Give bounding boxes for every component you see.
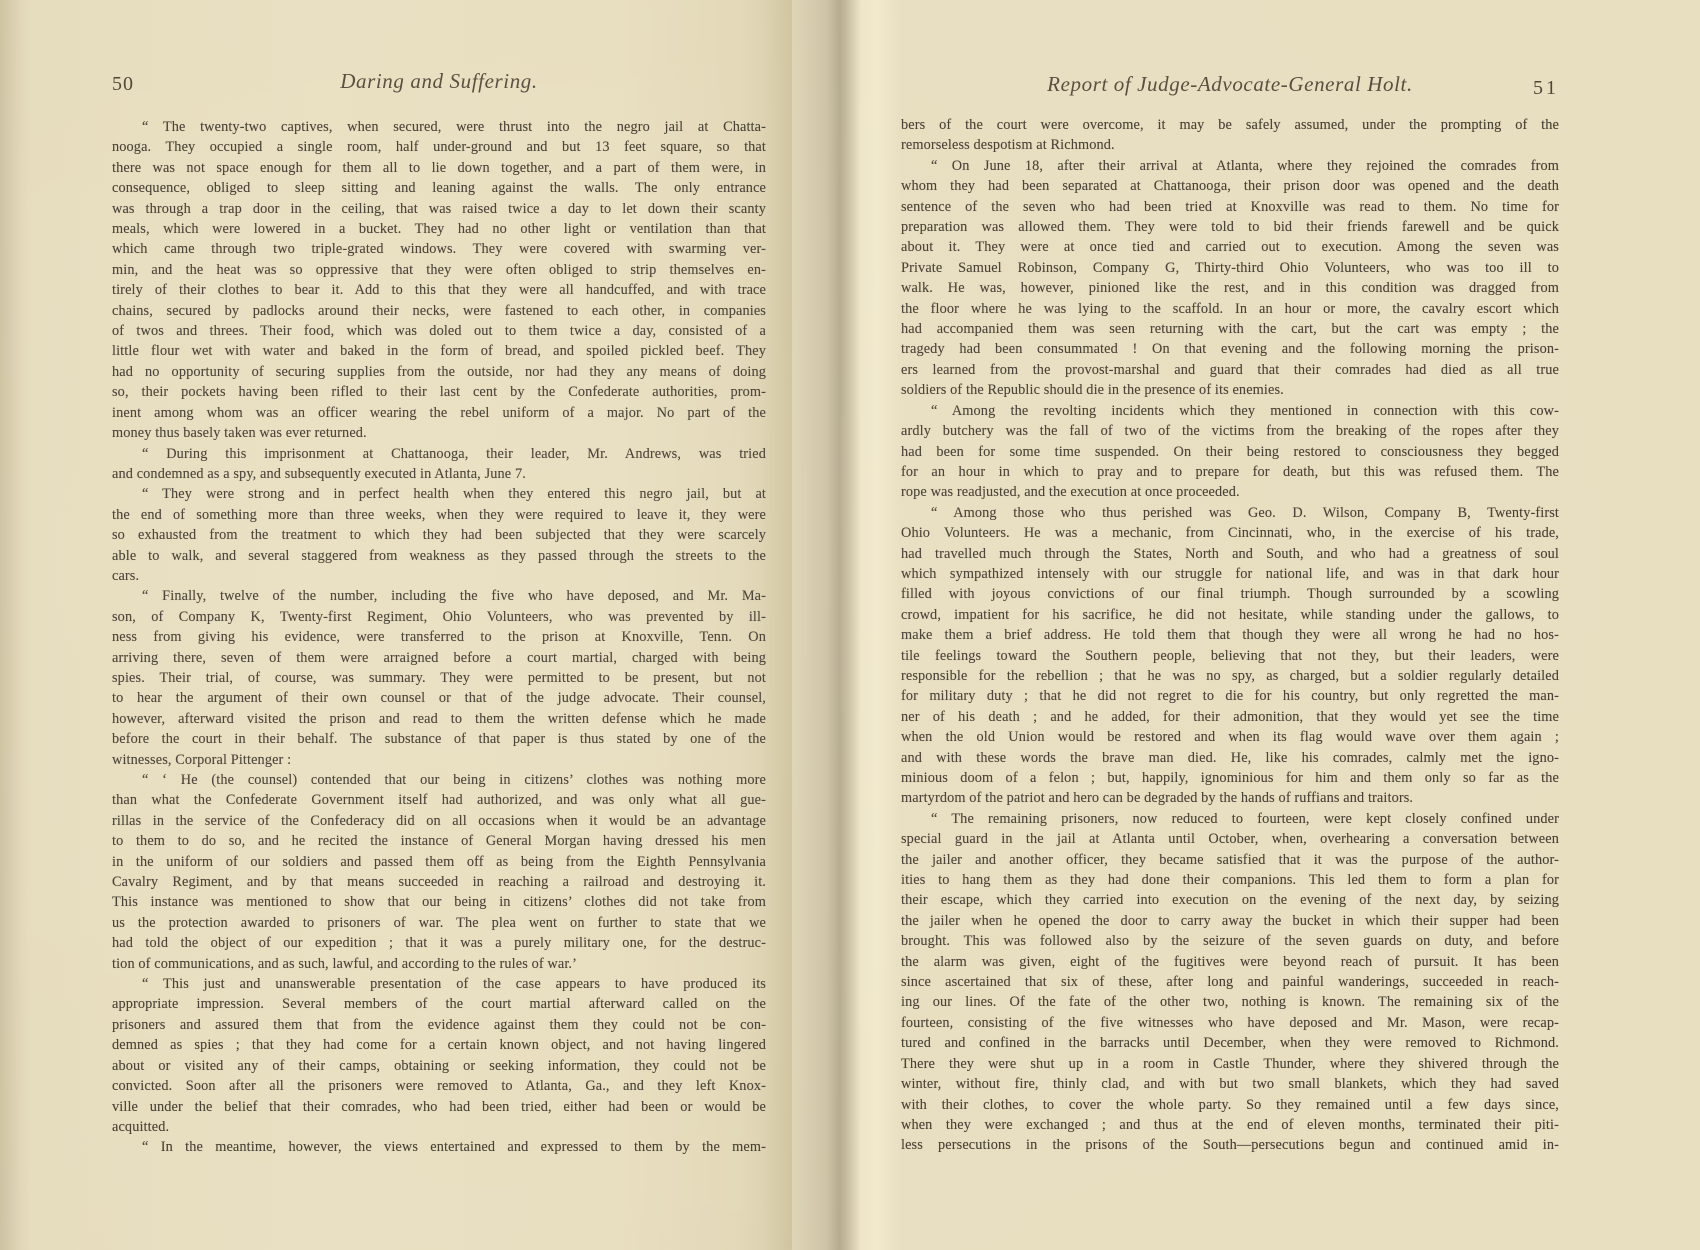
paragraph: “ Among those who thus perished was Geo.…: [901, 503, 1559, 809]
text-line: had travelled much through the States, N…: [901, 544, 1559, 564]
text-line: for military duty ; that he did not regr…: [901, 686, 1559, 706]
paragraph: “ The twenty-two captives, when secured,…: [112, 117, 766, 444]
text-line: when the old Union would be restored and…: [901, 727, 1559, 747]
text-line: for an hour in which to pray and to prep…: [901, 462, 1559, 482]
book-spread-scan: 50 Daring and Suffering. Report of Judge…: [0, 0, 1700, 1250]
text-line: was through a trap door in the ceiling, …: [112, 199, 766, 219]
text-line: “ The remaining prisoners, now reduced t…: [901, 809, 1559, 829]
text-line: witnesses, Corporal Pittenger :: [112, 750, 766, 770]
text-line: convicted. Soon after all the prisoners …: [112, 1076, 766, 1096]
text-line: “ In the meantime, however, the views en…: [112, 1137, 766, 1157]
text-line: “ This just and unanswerable presentatio…: [112, 974, 766, 994]
text-line: tragedy had been consummated ! On that e…: [901, 339, 1559, 359]
text-line: ness from giving his evidence, were tran…: [112, 627, 766, 647]
paragraph: “ On June 18, after their arrival at Atl…: [901, 156, 1559, 401]
text-line: less persecutions in the prisons of the …: [901, 1135, 1559, 1155]
text-line: able to walk, and several staggered from…: [112, 546, 766, 566]
text-line: walk. He was, however, pinioned like the…: [901, 278, 1559, 298]
text-line: the end of something more than three wee…: [112, 505, 766, 525]
text-line: soldiers of the Republic should die in t…: [901, 380, 1559, 400]
text-line: had accompanied them was seen returning …: [901, 319, 1559, 339]
text-line: ities to hang them as they had done thei…: [901, 870, 1559, 890]
text-line: and with these words the brave man died.…: [901, 748, 1559, 768]
text-line: ner of his death ; and he added, for the…: [901, 707, 1559, 727]
text-line: make them a brief address. He told them …: [901, 625, 1559, 645]
text-line: arriving there, seven of them were arrai…: [112, 648, 766, 668]
text-line: son, of Company K, Twenty-first Regiment…: [112, 607, 766, 627]
paragraph: “ The remaining prisoners, now reduced t…: [901, 809, 1559, 1156]
text-line: responsible for the rebellion ; that he …: [901, 666, 1559, 686]
text-line: This instance was mentioned to show that…: [112, 892, 766, 912]
text-line: to hear the argument of their own counse…: [112, 688, 766, 708]
text-line: “ They were strong and in perfect health…: [112, 484, 766, 504]
text-line: brought. This was followed also by the s…: [901, 931, 1559, 951]
text-line: and condemned as a spy, and subsequently…: [112, 464, 766, 484]
paragraph: “ Finally, twelve of the number, includi…: [112, 586, 766, 770]
text-line: min, and the heat was so oppressive that…: [112, 260, 766, 280]
text-line: cars.: [112, 566, 766, 586]
paragraph: “ During this imprisonment at Chattanoog…: [112, 444, 766, 485]
text-line: which sympathized intensely with our str…: [901, 564, 1559, 584]
paragraph: “ This just and unanswerable presentatio…: [112, 974, 766, 1137]
text-line: minious doom of a felon ; but, happily, …: [901, 768, 1559, 788]
text-line: little flour wet with water and baked in…: [112, 341, 766, 361]
text-line: us the protection awarded to prisoners o…: [112, 913, 766, 933]
text-line: winter, without fire, thinly clad, and w…: [901, 1074, 1559, 1094]
text-line: the jailer and another officer, they bec…: [901, 850, 1559, 870]
text-line: since ascertained that six of these, aft…: [901, 972, 1559, 992]
text-line: money thus basely taken was ever returne…: [112, 423, 766, 443]
text-line: appropriate impression. Several members …: [112, 994, 766, 1014]
paragraph: bers of the court were overcome, it may …: [901, 115, 1559, 156]
text-line: than what the Confederate Government its…: [112, 790, 766, 810]
text-line: so, their pockets having been rifled to …: [112, 382, 766, 402]
text-line: had been for some time suspended. On the…: [901, 442, 1559, 462]
text-line: fourteen, consisting of the five witness…: [901, 1013, 1559, 1033]
text-line: of twos and threes. Their food, which wa…: [112, 321, 766, 341]
text-line: “ Finally, twelve of the number, includi…: [112, 586, 766, 606]
text-line: ers learned from the provost-marshal and…: [901, 360, 1559, 380]
text-line: to them to do so, and he recited the ins…: [112, 831, 766, 851]
text-line: the jailer when he opened the door to ca…: [901, 911, 1559, 931]
text-line: however, afterward visited the prison an…: [112, 709, 766, 729]
text-line: about or visited any of their camps, obt…: [112, 1056, 766, 1076]
text-line: remorseless despotism at Richmond.: [901, 135, 1559, 155]
text-line: nooga. They occupied a single room, half…: [112, 137, 766, 157]
text-line: rillas in the service of the Confederacy…: [112, 811, 766, 831]
text-line: about it. They were at once tied and car…: [901, 237, 1559, 257]
text-line: inent among whom was an officer wearing …: [112, 403, 766, 423]
text-line: filled with joyous convictions of our fi…: [901, 584, 1559, 604]
text-line: Cavalry Regiment, and by that means succ…: [112, 872, 766, 892]
text-line: tile feelings toward the Southern people…: [901, 646, 1559, 666]
text-line: ardly butchery was the fall of two of th…: [901, 421, 1559, 441]
text-line: tured and confined in the barracks until…: [901, 1033, 1559, 1053]
text-line: tirely of their clothes to bear it. Add …: [112, 280, 766, 300]
text-line: “ ‘ He (the counsel) contended that our …: [112, 770, 766, 790]
text-line: Private Samuel Robinson, Company G, Thir…: [901, 258, 1559, 278]
text-line: had told the object of our expedition ; …: [112, 933, 766, 953]
text-line: prisoners and assured them that from the…: [112, 1015, 766, 1035]
paragraph: “ In the meantime, however, the views en…: [112, 1137, 766, 1157]
paragraph: “ They were strong and in perfect health…: [112, 484, 766, 586]
text-line: acquitted.: [112, 1117, 766, 1137]
text-line: special guard in the jail at Atlanta unt…: [901, 829, 1559, 849]
text-line: tion of communications, and as such, law…: [112, 954, 766, 974]
text-line: rope was readjusted, and the execution a…: [901, 482, 1559, 502]
text-line: their escape, which they carried into ex…: [901, 890, 1559, 910]
text-line: crowd, impatient for his sacrifice, he d…: [901, 605, 1559, 625]
right-page-body: bers of the court were overcome, it may …: [901, 115, 1559, 1156]
text-line: whom they had been separated at Chattano…: [901, 176, 1559, 196]
right-page-number: 51: [901, 77, 1559, 100]
text-line: the alarm was given, eight of the fugiti…: [901, 952, 1559, 972]
text-line: demned as spies ; that they had come for…: [112, 1035, 766, 1055]
text-line: so exhausted from the treatment to which…: [112, 525, 766, 545]
left-page-body: “ The twenty-two captives, when secured,…: [112, 117, 766, 1158]
text-line: ing our lines. Of the fate of the other …: [901, 992, 1559, 1012]
text-line: before the court in their behalf. The su…: [112, 729, 766, 749]
text-line: “ The twenty-two captives, when secured,…: [112, 117, 766, 137]
text-line: “ Among the revolting incidents which th…: [901, 401, 1559, 421]
text-line: meals, which were lowered in a bucket. T…: [112, 219, 766, 239]
text-line: There they were shut up in a room in Cas…: [901, 1054, 1559, 1074]
text-line: “ Among those who thus perished was Geo.…: [901, 503, 1559, 523]
text-line: had no opportunity of securing supplies …: [112, 362, 766, 382]
text-line: sentence of the seven who had been tried…: [901, 197, 1559, 217]
text-line: “ During this imprisonment at Chattanoog…: [112, 444, 766, 464]
text-line: bers of the court were overcome, it may …: [901, 115, 1559, 135]
text-line: spies. Their trial, of course, was summa…: [112, 668, 766, 688]
text-line: with their clothes, to cover the whole p…: [901, 1095, 1559, 1115]
text-line: Ohio Volunteers. He was a mechanic, from…: [901, 523, 1559, 543]
text-line: chains, secured by padlocks around their…: [112, 301, 766, 321]
text-line: when they were exchanged ; and thus at t…: [901, 1115, 1559, 1135]
text-line: in the uniform of our soldiers and passe…: [112, 852, 766, 872]
left-running-head: Daring and Suffering.: [112, 69, 766, 94]
text-line: consequence, obliged to sleep sitting an…: [112, 178, 766, 198]
text-line: martyrdom of the patriot and hero can be…: [901, 788, 1559, 808]
text-line: the floor where he was lying to the scaf…: [901, 299, 1559, 319]
text-line: ville under the belief that their comrad…: [112, 1097, 766, 1117]
text-line: there was not space enough for them all …: [112, 158, 766, 178]
paragraph: “ ‘ He (the counsel) contended that our …: [112, 770, 766, 974]
paragraph: “ Among the revolting incidents which th…: [901, 401, 1559, 503]
text-line: which came through two triple-grated win…: [112, 239, 766, 259]
text-line: preparation was allowed them. They were …: [901, 217, 1559, 237]
text-line: “ On June 18, after their arrival at Atl…: [901, 156, 1559, 176]
